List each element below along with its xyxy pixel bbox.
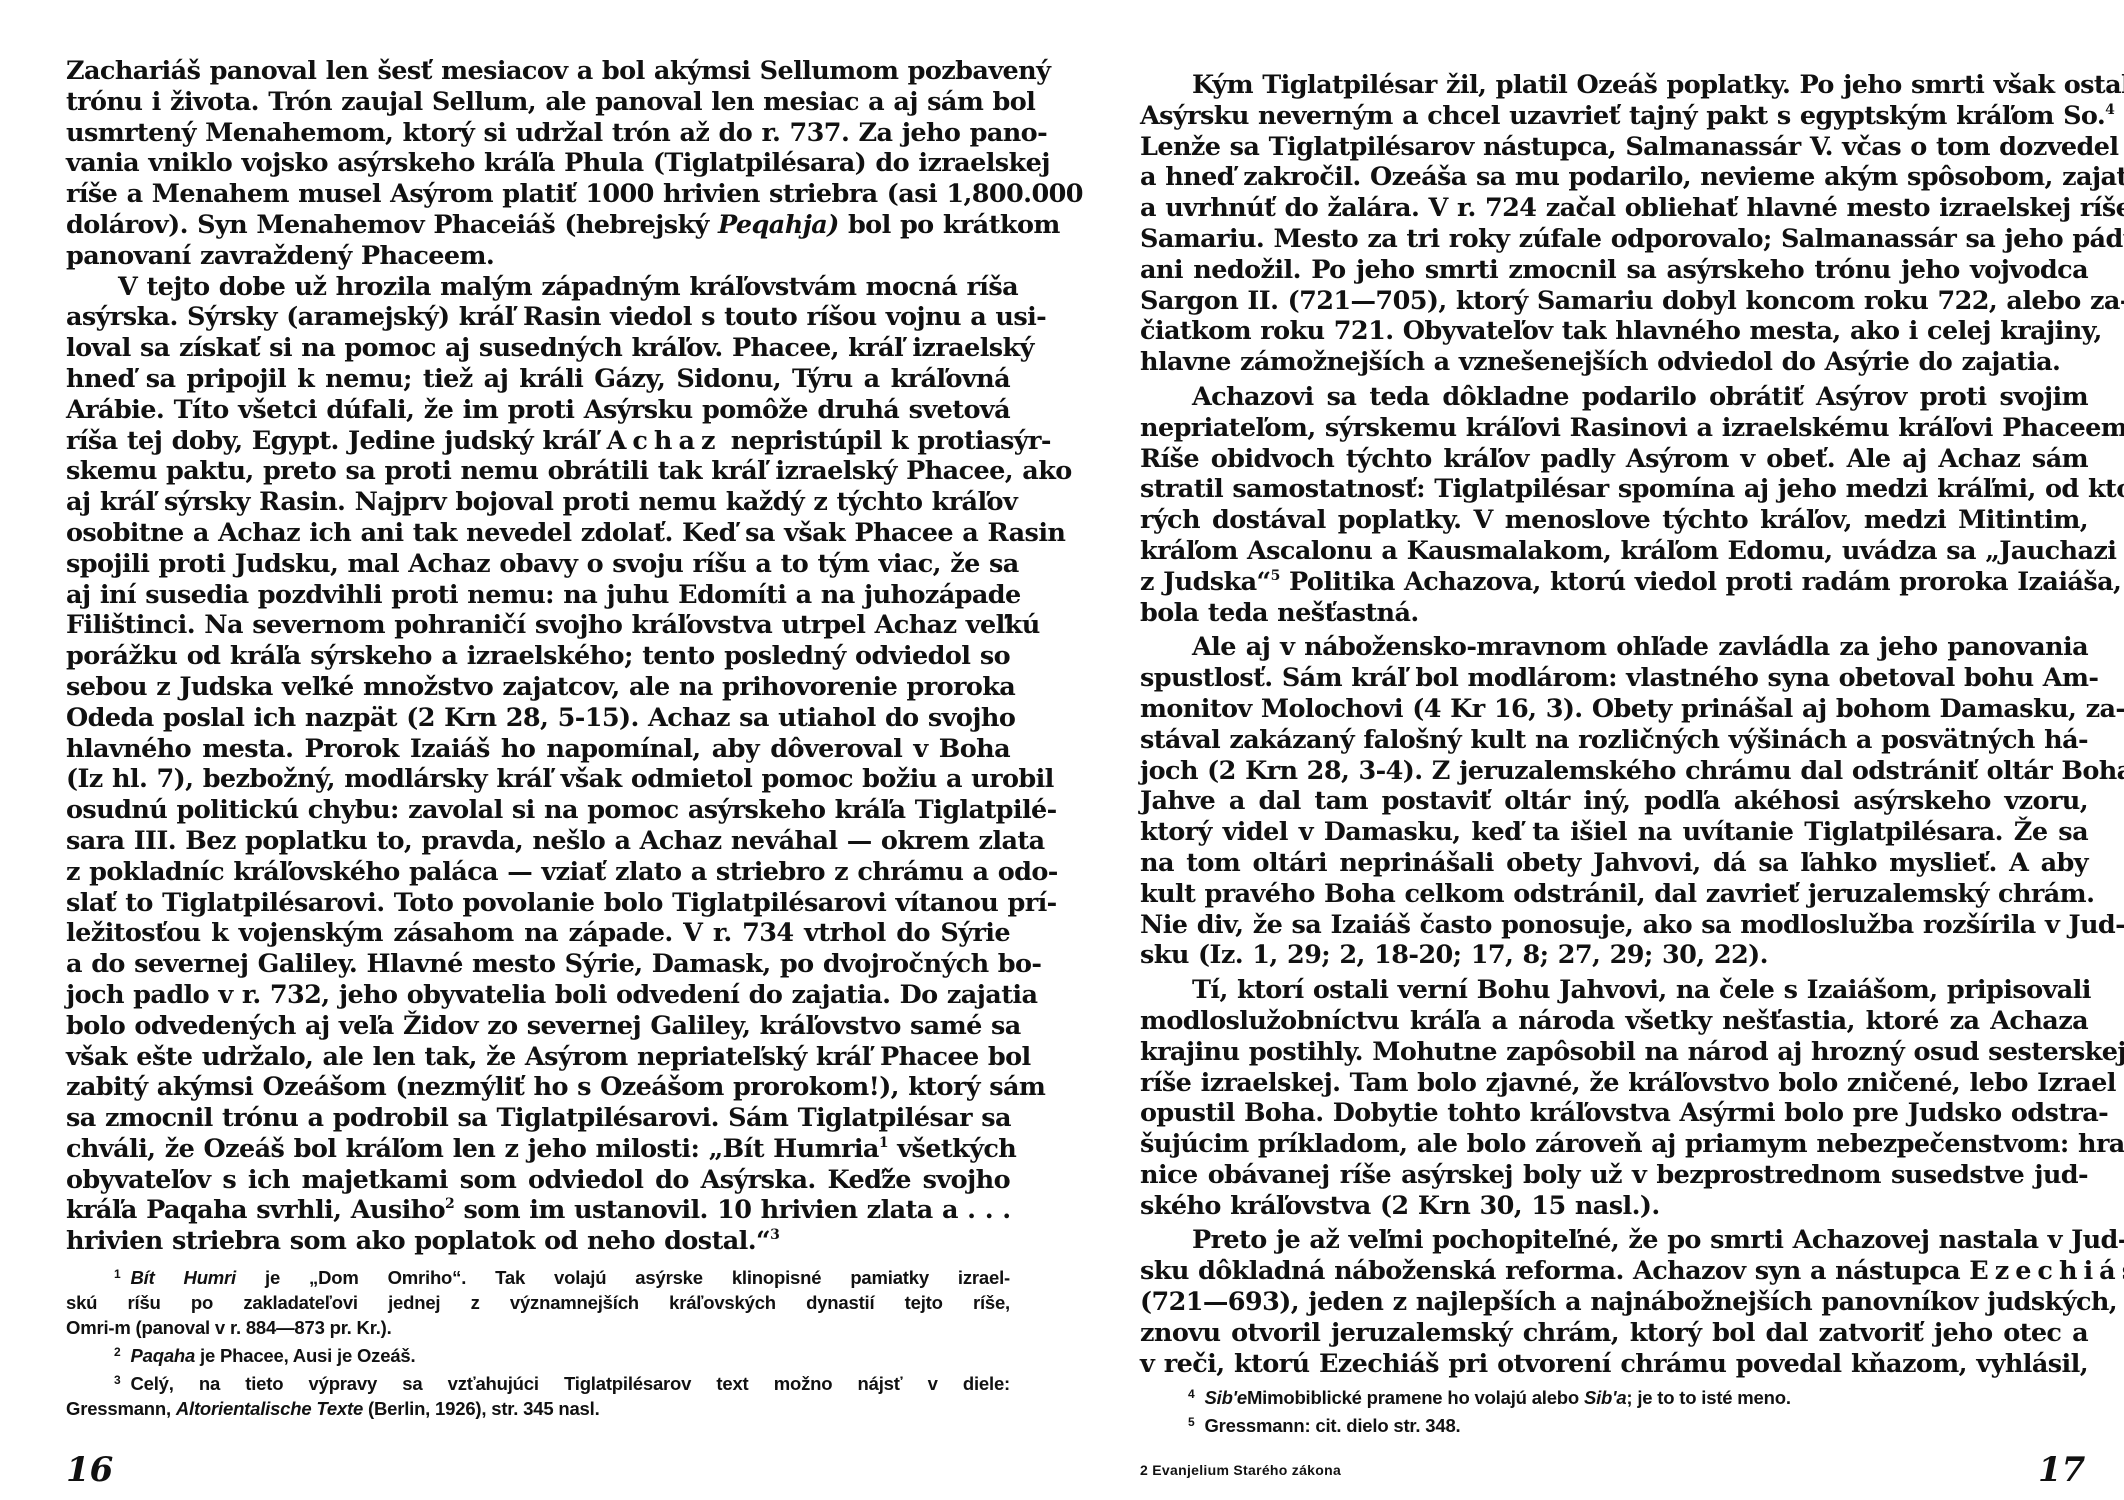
text-run: sara III. Bez poplatku to, pravda, nešlo…: [66, 826, 1045, 856]
text-line: hlavného mesta. Prorok Izaiáš ho napomín…: [66, 734, 1010, 765]
text-run: krajinu postihly. Mohutne zapôsobil na n…: [1140, 1037, 2124, 1067]
text-line: kult pravého Boha celkom odstránil, dal …: [1140, 879, 2088, 910]
text-line: asýrska. Sýrsky (aramejský) kráľ Rasin v…: [66, 302, 1010, 333]
text-line: hneď sa pripojil k nemu; tiež aj králi G…: [66, 364, 1010, 395]
text-run: Sargon II. (721—705), ktorý Samariu doby…: [1140, 286, 2124, 316]
footnote-line: Omri-m (panoval v r. 884—873 pr. Kr.).: [66, 1315, 1010, 1340]
text-line: monitov Molochovi (4 Kr 16, 3). Obety pr…: [1140, 694, 2088, 725]
text-line: Arábie. Títo všetci dúfali, že im proti …: [66, 395, 1010, 426]
text-line: aj iní susedia pozdvihli proti nemu: na …: [66, 580, 1010, 611]
italic-term: Sib'a: [1584, 1387, 1626, 1408]
text-line: dolárov). Syn Menahemov Phaceiáš (hebrej…: [66, 210, 1010, 241]
text-line: kráľa Paqaha svrhli, Ausiho2 som im usta…: [66, 1195, 1010, 1226]
text-run: Filištinci. Na severnom pohraničí svojho…: [66, 610, 1040, 640]
text-line: Kým Tiglatpilésar žil, platil Ozeáš popl…: [1140, 70, 2088, 101]
text-run: a uvrhnúť do žalára. V r. 724 začal obli…: [1140, 193, 2124, 223]
footnote-line: Gressmann, Altorientalische Texte (Berli…: [66, 1396, 1010, 1421]
text-run: na tom oltári neprinášali obety Jahvovi,…: [1140, 848, 2088, 878]
right-page-body: Kým Tiglatpilésar žil, platil Ozeáš popl…: [1140, 70, 2088, 1379]
text-line: osudnú politickú chybu: zavolal si na po…: [66, 795, 1010, 826]
text-line: na tom oltári neprinášali obety Jahvovi,…: [1140, 848, 2088, 879]
text-line: hlavne zámožnejších a vznešenejších odvi…: [1140, 347, 2088, 378]
text-line: ležitosťou k vojenským zásahom na západe…: [66, 918, 1010, 949]
text-run: sa zmocnil trónu a podrobil sa Tiglatpil…: [66, 1103, 1011, 1133]
text-run: som im ustanovil. 10 hrivien zlata a . .…: [454, 1195, 1010, 1225]
text-line: ríša tej doby, Egypt. Jedine judský kráľ…: [66, 426, 1010, 457]
text-line: modloslužobníctvu kráľa a národa všetky …: [1140, 1006, 2088, 1037]
text-run: ležitosťou k vojenským zásahom na západe…: [66, 918, 1010, 948]
page-number-left: 16: [66, 1450, 113, 1490]
text-run: (Berlin, 1926), str. 345 nasl.: [363, 1398, 599, 1419]
text-line: z Judska“5 Politika Achazova, ktorú vied…: [1140, 567, 2088, 598]
text-run: Kým Tiglatpilésar žil, platil Ozeáš popl…: [1192, 70, 2124, 100]
text-line: porážku od kráľa sýrskeho a izraelského;…: [66, 641, 1010, 672]
text-run: ani nedožil. Po jeho smrti zmocnil sa as…: [1140, 255, 2088, 285]
spaced-name: Achaz: [607, 426, 722, 456]
text-run: Ríše obidvoch týchto kráľov padly Asýrom…: [1140, 444, 2088, 474]
footnote-line: 5Gressmann: cit. dielo str. 348.: [1140, 1410, 2088, 1438]
text-line: joch (2 Krn 28, 3-4). Z jeruzalemského c…: [1140, 756, 2088, 787]
text-run: ríše a Menahem musel Asýrom platiť 1000 …: [66, 179, 1083, 209]
italic-term: Paqaha: [130, 1345, 195, 1366]
text-run: asýrska. Sýrsky (aramejský) kráľ Rasin v…: [66, 302, 1046, 332]
text-line: Achazovi sa teda dôkladne podarilo obrát…: [1140, 382, 2088, 413]
text-run: (Iz hl. 7), bezbožný, modlársky kráľ vša…: [66, 764, 1054, 794]
text-line: bolo odvedených aj veľa Židov zo severne…: [66, 1011, 1010, 1042]
text-run: aj iní susedia pozdvihli proti nemu: na …: [66, 580, 1021, 610]
text-run: Samariu. Mesto za tri roky zúfale odporo…: [1140, 224, 2124, 254]
text-line: stratil samostatnosť: Tiglatpilésar spom…: [1140, 474, 2088, 505]
footnote-line: 2Paqaha je Phacee, Ausi je Ozeáš.: [66, 1340, 1010, 1368]
text-run: Zachariáš panoval len šesť mesiacov a bo…: [66, 56, 1050, 86]
text-line: v reči, ktorú Ezechiáš pri otvorení chrá…: [1140, 1349, 2088, 1380]
text-run: bola teda nešťastná.: [1140, 598, 1419, 628]
text-run: Tí, ktorí ostali verní Bohu Jahvovi, na …: [1192, 975, 2091, 1005]
text-run: Politika Achazova, ktorú viedol proti ra…: [1280, 567, 2122, 597]
text-line: ríše a Menahem musel Asýrom platiť 1000 …: [66, 179, 1010, 210]
text-run: hrivien striebra som ako poplatok od neh…: [66, 1226, 770, 1256]
text-line: bola teda nešťastná.: [1140, 598, 2088, 629]
footnote-line: 3Celý, na tieto výpravy sa vzťahujúci Ti…: [66, 1368, 1010, 1396]
text-run: Celý, na tieto výpravy sa vzťahujúci Tig…: [130, 1373, 1010, 1394]
text-run: a hneď zakročil. Ozeáša sa mu podarilo, …: [1140, 162, 2124, 192]
text-run: ského kráľovstva (2 Krn 30, 15 nasl.).: [1140, 1191, 1660, 1221]
text-line: Sargon II. (721—705), ktorý Samariu doby…: [1140, 286, 2088, 317]
text-line: Jahve a dal tam postaviť oltár iný, podľ…: [1140, 786, 2088, 817]
text-line: aj kráľ sýrsky Rasin. Najprv bojoval pro…: [66, 487, 1010, 518]
text-run: spojili proti Judsku, mal Achaz obavy o …: [66, 549, 1019, 579]
text-run: usmrtený Menahemom, ktorý si udržal trón…: [66, 118, 1047, 148]
text-run: hlavného mesta. Prorok Izaiáš ho napomín…: [66, 734, 1010, 764]
text-run: Jahve a dal tam postaviť oltár iný, podľ…: [1140, 786, 2088, 816]
text-run: dolárov). Syn Menahemov Phaceiáš (hebrej…: [66, 210, 718, 240]
text-line: V tejto dobe už hrozila malým západným k…: [66, 272, 1010, 303]
text-line: z pokladníc kráľovského paláca — vziať z…: [66, 857, 1010, 888]
text-run: (721—693), jeden z najlepších a najnábož…: [1140, 1287, 2117, 1317]
text-run: stratil samostatnosť: Tiglatpilésar spom…: [1140, 474, 2124, 504]
italic-term: Altorientalische Texte: [176, 1398, 363, 1419]
text-line: ského kráľovstva (2 Krn 30, 15 nasl.).: [1140, 1191, 2088, 1222]
text-run: panovaní zavraždený Phaceem.: [66, 241, 494, 271]
text-run: je Phacee, Ausi je Ozeáš.: [195, 1345, 415, 1366]
text-run: kráľa Paqaha svrhli, Ausiho: [66, 1195, 445, 1225]
text-line: nice obávanej ríše asýrskej boly už v be…: [1140, 1160, 2088, 1191]
text-line: Nie div, že sa Izaiáš často ponosuje, ak…: [1140, 910, 2088, 941]
text-run: zabitý akýmsi Ozeášom (nezmýliť ho s Oze…: [66, 1072, 1045, 1102]
text-run: hlavne zámožnejších a vznešenejších odvi…: [1140, 347, 2060, 377]
text-run: Gressmann: cit. dielo str. 348.: [1204, 1415, 1460, 1436]
footnote-line: 1Bít Humri je „Dom Omriho“. Tak volajú a…: [66, 1262, 1010, 1290]
text-line: šujúcim príkladom, ale bolo zároveň aj p…: [1140, 1129, 2088, 1160]
text-line: chváli, že Ozeáš bol kráľom len z jeho m…: [66, 1134, 1010, 1165]
text-run: Achazovi sa teda dôkladne podarilo obrát…: [1192, 382, 2088, 412]
text-run: obyvateľov s ich majetkami som odviedol …: [66, 1165, 1010, 1195]
text-line: a uvrhnúť do žalára. V r. 724 začal obli…: [1140, 193, 2088, 224]
text-line: Samariu. Mesto za tri roky zúfale odporo…: [1140, 224, 2088, 255]
right-page-footnotes: 4Sib'eMimobiblické pramene ho volajú ale…: [1140, 1382, 2088, 1438]
italic-term: Peqahja): [718, 210, 839, 240]
footnote-line: skú ríšu po zakladateľovi jednej z význa…: [66, 1290, 1010, 1315]
text-line: trónu i života. Trón zaujal Sellum, ale …: [66, 87, 1010, 118]
text-run: Arábie. Títo všetci dúfali, že im proti …: [66, 395, 1010, 425]
text-run: joch (2 Krn 28, 3-4). Z jeruzalemského c…: [1140, 756, 2124, 786]
text-run: chváli, že Ozeáš bol kráľom len z jeho m…: [66, 1134, 879, 1164]
text-line: rých dostával poplatky. V menoslove tých…: [1140, 505, 2088, 536]
footnote-reference: 5: [1271, 568, 1280, 584]
text-line: loval sa získať si na pomoc aj susedných…: [66, 333, 1010, 364]
text-run: sku dôkladná náboženská reforma. Achazov…: [1140, 1256, 1969, 1286]
text-line: sara III. Bez poplatku to, pravda, nešlo…: [66, 826, 1010, 857]
text-run: ríše izraelskej. Tam bolo zjavné, že krá…: [1140, 1068, 2116, 1098]
text-line: sebou z Judska veľké množstvo zajatcov, …: [66, 672, 1010, 703]
text-run: Odeda poslal ich nazpät (2 Krn 28, 5-15)…: [66, 703, 1015, 733]
text-run: Omri-m (panoval v r. 884—873 pr. Kr.).: [66, 1317, 392, 1338]
footnote-marker: 3: [114, 1373, 120, 1387]
text-line: však ešte udržalo, ale len tak, že Asýro…: [66, 1042, 1010, 1073]
text-line: (721—693), jeden z najlepších a najnábož…: [1140, 1287, 2088, 1318]
text-line: Lenže sa Tiglatpilésarov nástupca, Salma…: [1140, 132, 2088, 163]
text-run: Ale aj v nábožensko-mravnom ohľade zavlá…: [1192, 632, 2088, 662]
text-run: sebou z Judska veľké množstvo zajatcov, …: [66, 672, 1015, 702]
text-line: zabitý akýmsi Ozeášom (nezmýliť ho s Oze…: [66, 1072, 1010, 1103]
text-run: Gressmann,: [66, 1398, 176, 1419]
footnote-reference: 3: [770, 1227, 779, 1243]
text-run: osudnú politickú chybu: zavolal si na po…: [66, 795, 1057, 825]
text-run: kult pravého Boha celkom odstránil, dal …: [1140, 879, 2094, 909]
text-line: spustlosť. Sám kráľ bol modlárom: vlastn…: [1140, 663, 2088, 694]
text-line: Zachariáš panoval len šesť mesiacov a bo…: [66, 56, 1010, 87]
footnote-reference: 1: [879, 1135, 888, 1151]
text-run: stával zakázaný falošný kult na rozličný…: [1140, 725, 2088, 755]
footnote-marker: 5: [1188, 1415, 1194, 1429]
text-run: nice obávanej ríše asýrskej boly už v be…: [1140, 1160, 2088, 1190]
text-run: kráľom Ascalonu a Kausmalakom, kráľom Ed…: [1140, 536, 2116, 566]
text-run: rých dostával poplatky. V menoslove tých…: [1140, 505, 2088, 535]
text-line: Ríše obidvoch týchto kráľov padly Asýrom…: [1140, 444, 2088, 475]
text-line: krajinu postihly. Mohutne zapôsobil na n…: [1140, 1037, 2088, 1068]
text-line: a do severnej Galiley. Hlavné mesto Sýri…: [66, 949, 1010, 980]
text-run: osobitne a Achaz ich ani tak nevedel zdo…: [66, 518, 1065, 548]
text-run: však ešte udržalo, ale len tak, že Asýro…: [66, 1042, 1031, 1072]
text-line: ríše izraelskej. Tam bolo zjavné, že krá…: [1140, 1068, 2088, 1099]
text-run: Mimobiblické pramene ho volajú: [1247, 1387, 1532, 1408]
left-page: Zachariáš panoval len šesť mesiacov a bo…: [0, 0, 1062, 1500]
text-run: je „Dom Omriho“. Tak volajú asýrske klin…: [236, 1267, 1010, 1288]
text-line: slať to Tiglatpilésarovi. Toto povolanie…: [66, 888, 1010, 919]
text-line: nepriateľom, sýrskemu kráľovi Rasinovi a…: [1140, 413, 2088, 444]
text-run: modloslužobníctvu kráľa a národa všetky …: [1140, 1006, 2088, 1036]
text-run: Asýrsku neverným a chcel uzavrieť tajný …: [1140, 101, 2105, 131]
text-line: usmrtený Menahemom, ktorý si udržal trón…: [66, 118, 1010, 149]
text-run: hneď sa pripojil k nemu; tiež aj králi G…: [66, 364, 1010, 394]
footnote-reference: 2: [445, 1196, 454, 1212]
text-line: ani nedožil. Po jeho smrti zmocnil sa as…: [1140, 255, 2088, 286]
text-run: V tejto dobe už hrozila malým západným k…: [118, 272, 1018, 302]
text-line: Filištinci. Na severnom pohraničí svojho…: [66, 610, 1010, 641]
text-run: ríša tej doby, Egypt. Jedine judský kráľ: [66, 426, 607, 456]
text-line: obyvateľov s ich majetkami som odviedol …: [66, 1165, 1010, 1196]
text-line: (Iz hl. 7), bezbožný, modlársky kráľ vša…: [66, 764, 1010, 795]
left-page-footnotes: 1Bít Humri je „Dom Omriho“. Tak volajú a…: [66, 1262, 1010, 1421]
text-run: čiatkom roku 721. Obyvateľov tak hlavnéh…: [1140, 316, 2102, 346]
text-run: bolo odvedených aj veľa Židov zo severne…: [66, 1011, 1021, 1041]
text-run: bol po krátkom: [839, 210, 1060, 240]
footnote-reference: 4: [2105, 102, 2114, 118]
text-run: z Judska“: [1140, 567, 1271, 597]
text-line: hrivien striebra som ako poplatok od neh…: [66, 1226, 1010, 1257]
text-run: ; je to to isté meno.: [1626, 1387, 1790, 1408]
text-run: v reči, ktorú Ezechiáš pri otvorení chrá…: [1140, 1349, 2088, 1379]
text-run: loval sa získať si na pomoc aj susedných…: [66, 333, 1034, 363]
text-line: opustil Boha. Dobytie tohto kráľovstva A…: [1140, 1098, 2088, 1129]
text-run: znovu otvoril jeruzalemský chrám, ktorý …: [1140, 1318, 2088, 1348]
text-line: stával zakázaný falošný kult na rozličný…: [1140, 725, 2088, 756]
text-line: spojili proti Judsku, mal Achaz obavy o …: [66, 549, 1010, 580]
footnote-marker: 4: [1188, 1387, 1194, 1401]
text-line: znovu otvoril jeruzalemský chrám, ktorý …: [1140, 1318, 2088, 1349]
text-run: opustil Boha. Dobytie tohto kráľovstva A…: [1140, 1098, 2108, 1128]
text-run: alebo: [1532, 1387, 1584, 1408]
text-run: slať to Tiglatpilésarovi. Toto povolanie…: [66, 888, 1057, 918]
text-line: sku dôkladná náboženská reforma. Achazov…: [1140, 1256, 2088, 1287]
text-run: skú ríšu po zakladateľovi jednej z význa…: [66, 1292, 1010, 1313]
text-run: spustlosť. Sám kráľ bol modlárom: vlastn…: [1140, 663, 2098, 693]
text-line: sa zmocnil trónu a podrobil sa Tiglatpil…: [66, 1103, 1010, 1134]
italic-term: Sib'e: [1204, 1387, 1246, 1408]
text-run: aj kráľ sýrsky Rasin. Najprv bojoval pro…: [66, 487, 1017, 517]
text-run: sku (Iz. 1, 29; 2, 18-20; 17, 8; 27, 29;…: [1140, 940, 1768, 970]
footnote-line: 4Sib'eMimobiblické pramene ho volajú ale…: [1140, 1382, 2088, 1410]
text-line: ktorý videl v Damasku, keď ta išiel na u…: [1140, 817, 2088, 848]
text-run: Lenže sa Tiglatpilésarov nástupca, Salma…: [1140, 132, 2119, 162]
text-line: skemu paktu, preto sa proti nemu obrátil…: [66, 456, 1010, 487]
text-line: panovaní zavraždený Phaceem.: [66, 241, 1010, 272]
spaced-name: Ezechiáš: [1969, 1256, 2124, 1286]
text-run: joch padlo v r. 732, jeho obyvatelia bol…: [66, 980, 1037, 1010]
left-page-body: Zachariáš panoval len šesť mesiacov a bo…: [66, 56, 1010, 1257]
text-line: kráľom Ascalonu a Kausmalakom, kráľom Ed…: [1140, 536, 2088, 567]
italic-term: Bít Humri: [130, 1267, 236, 1288]
text-line: sku (Iz. 1, 29; 2, 18-20; 17, 8; 27, 29;…: [1140, 940, 2088, 971]
text-line: vania vniklo vojsko asýrskeho kráľa Phul…: [66, 148, 1010, 179]
text-run: Preto je až veľmi pochopiteľné, že po sm…: [1192, 1225, 2124, 1255]
text-run: nepriateľom, sýrskemu kráľovi Rasinovi a…: [1140, 413, 2124, 443]
text-run: porážku od kráľa sýrskeho a izraelského;…: [66, 641, 1010, 671]
footnote-marker: 1: [114, 1267, 120, 1281]
text-run: skemu paktu, preto sa proti nemu obrátil…: [66, 456, 1072, 486]
text-run: všetkých: [888, 1134, 1016, 1164]
text-run: šujúcim príkladom, ale bolo zároveň aj p…: [1140, 1129, 2124, 1159]
text-line: Asýrsku neverným a chcel uzavrieť tajný …: [1140, 101, 2088, 132]
text-run: a do severnej Galiley. Hlavné mesto Sýri…: [66, 949, 1041, 979]
text-line: Ale aj v nábožensko-mravnom ohľade zavlá…: [1140, 632, 2088, 663]
text-run: vania vniklo vojsko asýrskeho kráľa Phul…: [66, 148, 1050, 178]
text-run: Nie div, že sa Izaiáš často ponosuje, ak…: [1140, 910, 2124, 940]
text-run: nepristúpil k protiasýr-: [721, 426, 1050, 456]
text-line: Tí, ktorí ostali verní Bohu Jahvovi, na …: [1140, 975, 2088, 1006]
text-line: Odeda poslal ich nazpät (2 Krn 28, 5-15)…: [66, 703, 1010, 734]
text-line: Preto je až veľmi pochopiteľné, že po sm…: [1140, 1225, 2088, 1256]
text-run: trónu i života. Trón zaujal Sellum, ale …: [66, 87, 1035, 117]
text-line: joch padlo v r. 732, jeho obyvatelia bol…: [66, 980, 1010, 1011]
printer-signature-mark: 2 Evanjelium Starého zákona: [1140, 1462, 1341, 1478]
page-number-right: 17: [2038, 1450, 2085, 1490]
footnote-marker: 2: [114, 1345, 120, 1359]
text-run: monitov Molochovi (4 Kr 16, 3). Obety pr…: [1140, 694, 2124, 724]
text-line: čiatkom roku 721. Obyvateľov tak hlavnéh…: [1140, 316, 2088, 347]
text-line: osobitne a Achaz ich ani tak nevedel zdo…: [66, 518, 1010, 549]
text-run: ktorý videl v Damasku, keď ta išiel na u…: [1140, 817, 2088, 847]
text-line: a hneď zakročil. Ozeáša sa mu podarilo, …: [1140, 162, 2088, 193]
right-page: Kým Tiglatpilésar žil, platil Ozeáš popl…: [1062, 0, 2124, 1500]
text-run: z pokladníc kráľovského paláca — vziať z…: [66, 857, 1058, 887]
